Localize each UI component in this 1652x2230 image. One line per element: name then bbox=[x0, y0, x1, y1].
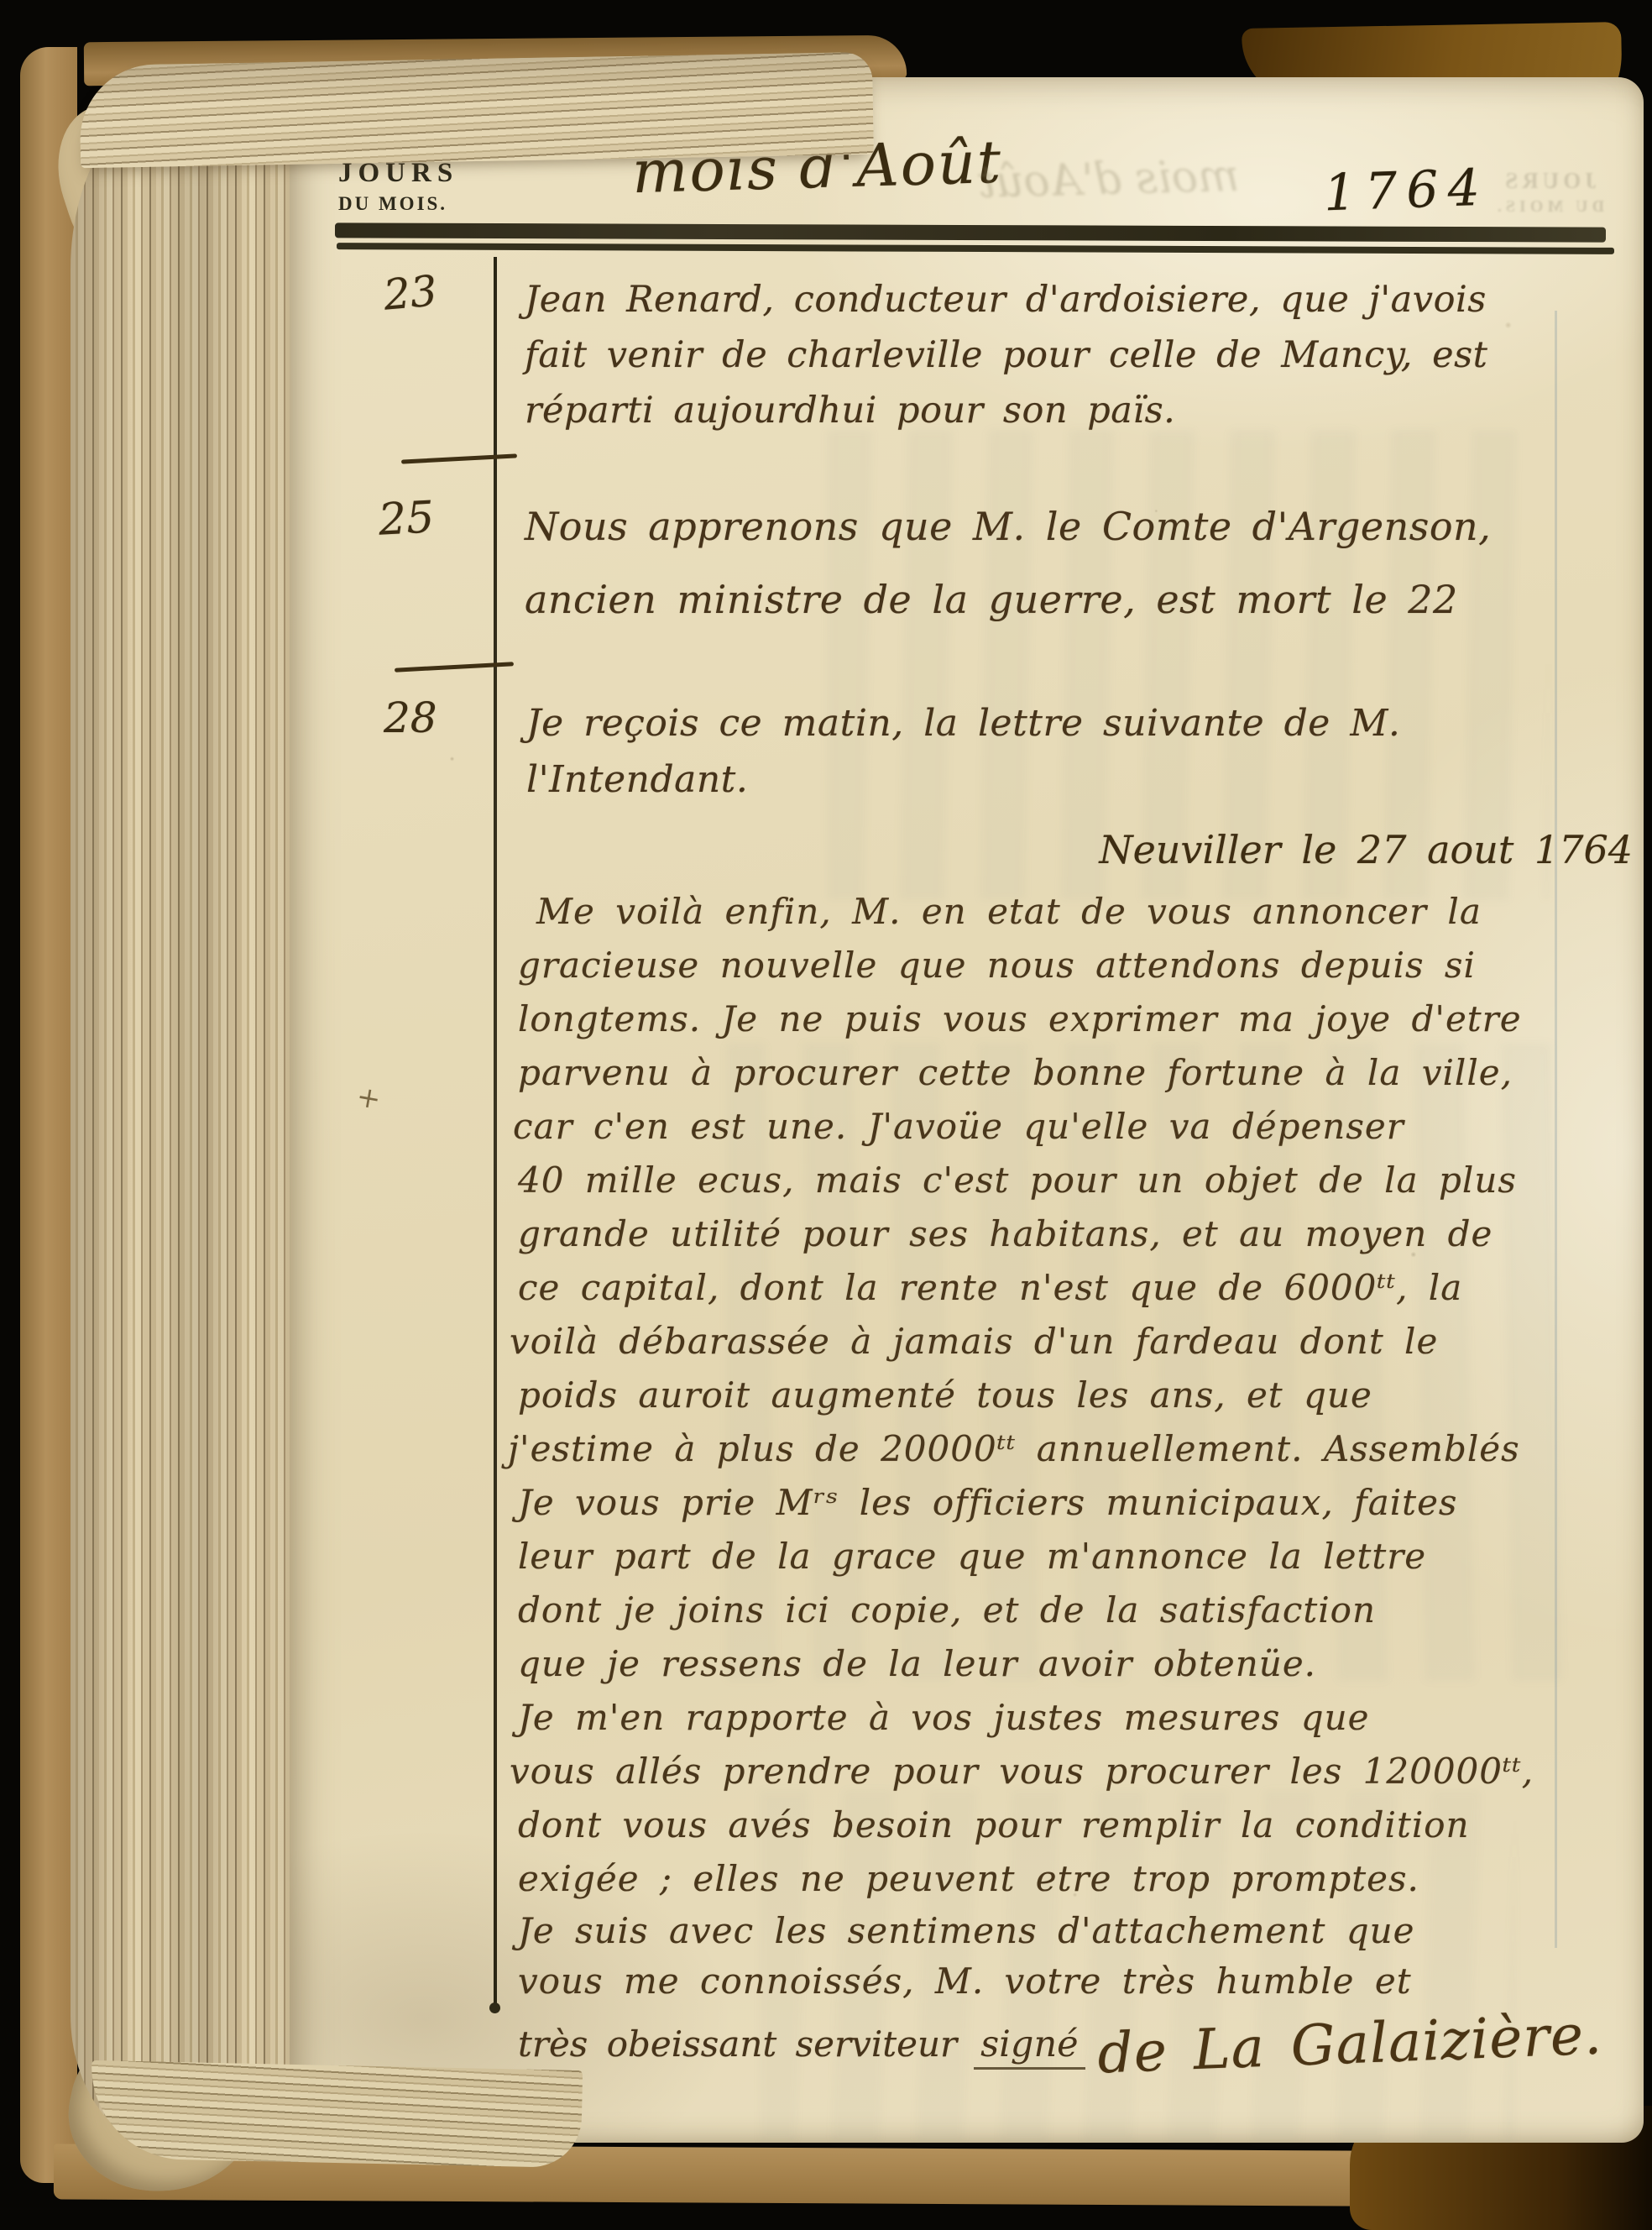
journal-page: JOURS DU MOIS. mois d'Août mois d'Août 1… bbox=[290, 77, 1644, 2143]
page-edges-stack-top bbox=[79, 52, 874, 168]
letter-body: Me voilà enfin, M. en etat de vous annon… bbox=[518, 885, 1639, 1906]
handwritten-text-line: ancien ministre de la guerre, est mort l… bbox=[525, 563, 1649, 636]
handwritten-text-line: parvenu à procurer cette bonne fortune à… bbox=[518, 1046, 1639, 1100]
handwritten-text-line: vous me connoissés, M. votre très humble… bbox=[518, 1956, 1639, 2007]
printed-header-line2: DU MOIS. bbox=[338, 193, 458, 215]
day-column-divider-line bbox=[494, 257, 497, 2008]
handwritten-text-line: dont vous avés besoin pour remplir la co… bbox=[518, 1798, 1639, 1852]
signed-label: signé bbox=[974, 2023, 1085, 2070]
day-number-25: 25 bbox=[377, 492, 435, 545]
handwritten-text-line: réparti aujourdhui pour son païs. bbox=[525, 383, 1641, 438]
header-rule-thin bbox=[337, 243, 1614, 254]
handwritten-text-line: poids auroit augmenté tous les ans, et q… bbox=[518, 1369, 1639, 1422]
entry-separator bbox=[401, 453, 517, 463]
handwritten-text-line: ce capital, dont la rente n'est que de 6… bbox=[518, 1261, 1639, 1315]
handwritten-text-line: Je reçois ce matin, la lettre suivante d… bbox=[526, 695, 1643, 751]
handwritten-text-line: 40 mille ecus, mais c'est pour un objet … bbox=[518, 1154, 1639, 1207]
letter-signature-line: très obeissant serviteur signé de La Gal… bbox=[518, 2005, 1643, 2070]
handwritten-text-line: Je m'en rapporte à vos justes mesures qu… bbox=[518, 1691, 1639, 1745]
printed-column-header: JOURS DU MOIS. bbox=[338, 158, 458, 215]
bleedthrough-printed-line2: DU MOIS. bbox=[1465, 197, 1633, 217]
entry-23-text: Jean Renard, conducteur d'ardoisiere, qu… bbox=[525, 272, 1641, 438]
bleedthrough-month-title: mois d'Août bbox=[977, 151, 1240, 208]
handwritten-text-line: l'Intendant. bbox=[526, 751, 1643, 808]
signature: de La Galaizière. bbox=[1096, 2002, 1603, 2086]
handwritten-text-line: exigée ; elles ne peuvent etre trop prom… bbox=[518, 1852, 1639, 1906]
letter-closing-lines: Je suis avec les sentimens d'attachement… bbox=[518, 1906, 1639, 2007]
closing-prefix: très obeissant serviteur bbox=[518, 2023, 957, 2065]
handwritten-text-line: Je vous prie Mʳˢ les officiers municipau… bbox=[518, 1476, 1639, 1530]
handwritten-text-line: dont je joins ici copie, et de la satisf… bbox=[518, 1584, 1639, 1637]
header-rule-thick bbox=[335, 222, 1606, 242]
margin-ink-mark: + bbox=[354, 1080, 384, 1117]
handwritten-text-line: j'estime à plus de 20000ᵗᵗ annuellement.… bbox=[508, 1422, 1639, 1476]
entry-25-text: Nous apprenons que M. le Comte d'Argenso… bbox=[525, 490, 1649, 636]
handwritten-text-line: leur part de la grace que m'annonce la l… bbox=[518, 1530, 1639, 1584]
handwritten-text-line: grande utilité pour ses habitans, et au … bbox=[518, 1207, 1639, 1261]
page-edges-stack-bottom bbox=[90, 2060, 583, 2168]
handwritten-text-line: que je ressens de la leur avoir obtenüe. bbox=[518, 1637, 1639, 1691]
handwritten-text-line: Me voilà enfin, M. en etat de vous annon… bbox=[536, 885, 1639, 939]
handwritten-text-line: Nous apprenons que M. le Comte d'Argenso… bbox=[525, 490, 1649, 563]
handwritten-text-line: voilà débarassée à jamais d'un fardeau d… bbox=[510, 1315, 1639, 1369]
day-number-28: 28 bbox=[384, 694, 437, 742]
handwritten-text-line: Je suis avec les sentimens d'attachement… bbox=[518, 1906, 1639, 1956]
handwritten-text-line: longtems. Je ne puis vous exprimer ma jo… bbox=[518, 992, 1639, 1046]
book-photograph: JOURS DU MOIS. mois d'Août mois d'Août 1… bbox=[0, 0, 1652, 2230]
entry-28-intro-text: Je reçois ce matin, la lettre suivante d… bbox=[526, 695, 1643, 808]
day-number-23: 23 bbox=[382, 266, 439, 319]
handwritten-text-line: fait venir de charleville pour celle de … bbox=[525, 327, 1641, 383]
letter-dateline: Neuviller le 27 aout 1764 bbox=[1028, 827, 1633, 872]
handwritten-text-line: gracieuse nouvelle que nous attendons de… bbox=[518, 939, 1639, 992]
handwritten-text-line: vous allés prendre pour vous procurer le… bbox=[510, 1745, 1639, 1798]
bleedthrough-printed-line1: JOURS bbox=[1465, 168, 1633, 194]
handwritten-text-line: car c'en est une. J'avoüe qu'elle va dép… bbox=[513, 1100, 1639, 1154]
bleedthrough-printed-header: JOURS DU MOIS. bbox=[1465, 168, 1633, 217]
book-cover-left-edge bbox=[20, 47, 77, 2183]
handwritten-text-line: Jean Renard, conducteur d'ardoisiere, qu… bbox=[525, 272, 1641, 327]
page-edges-stack-left bbox=[71, 84, 311, 2149]
